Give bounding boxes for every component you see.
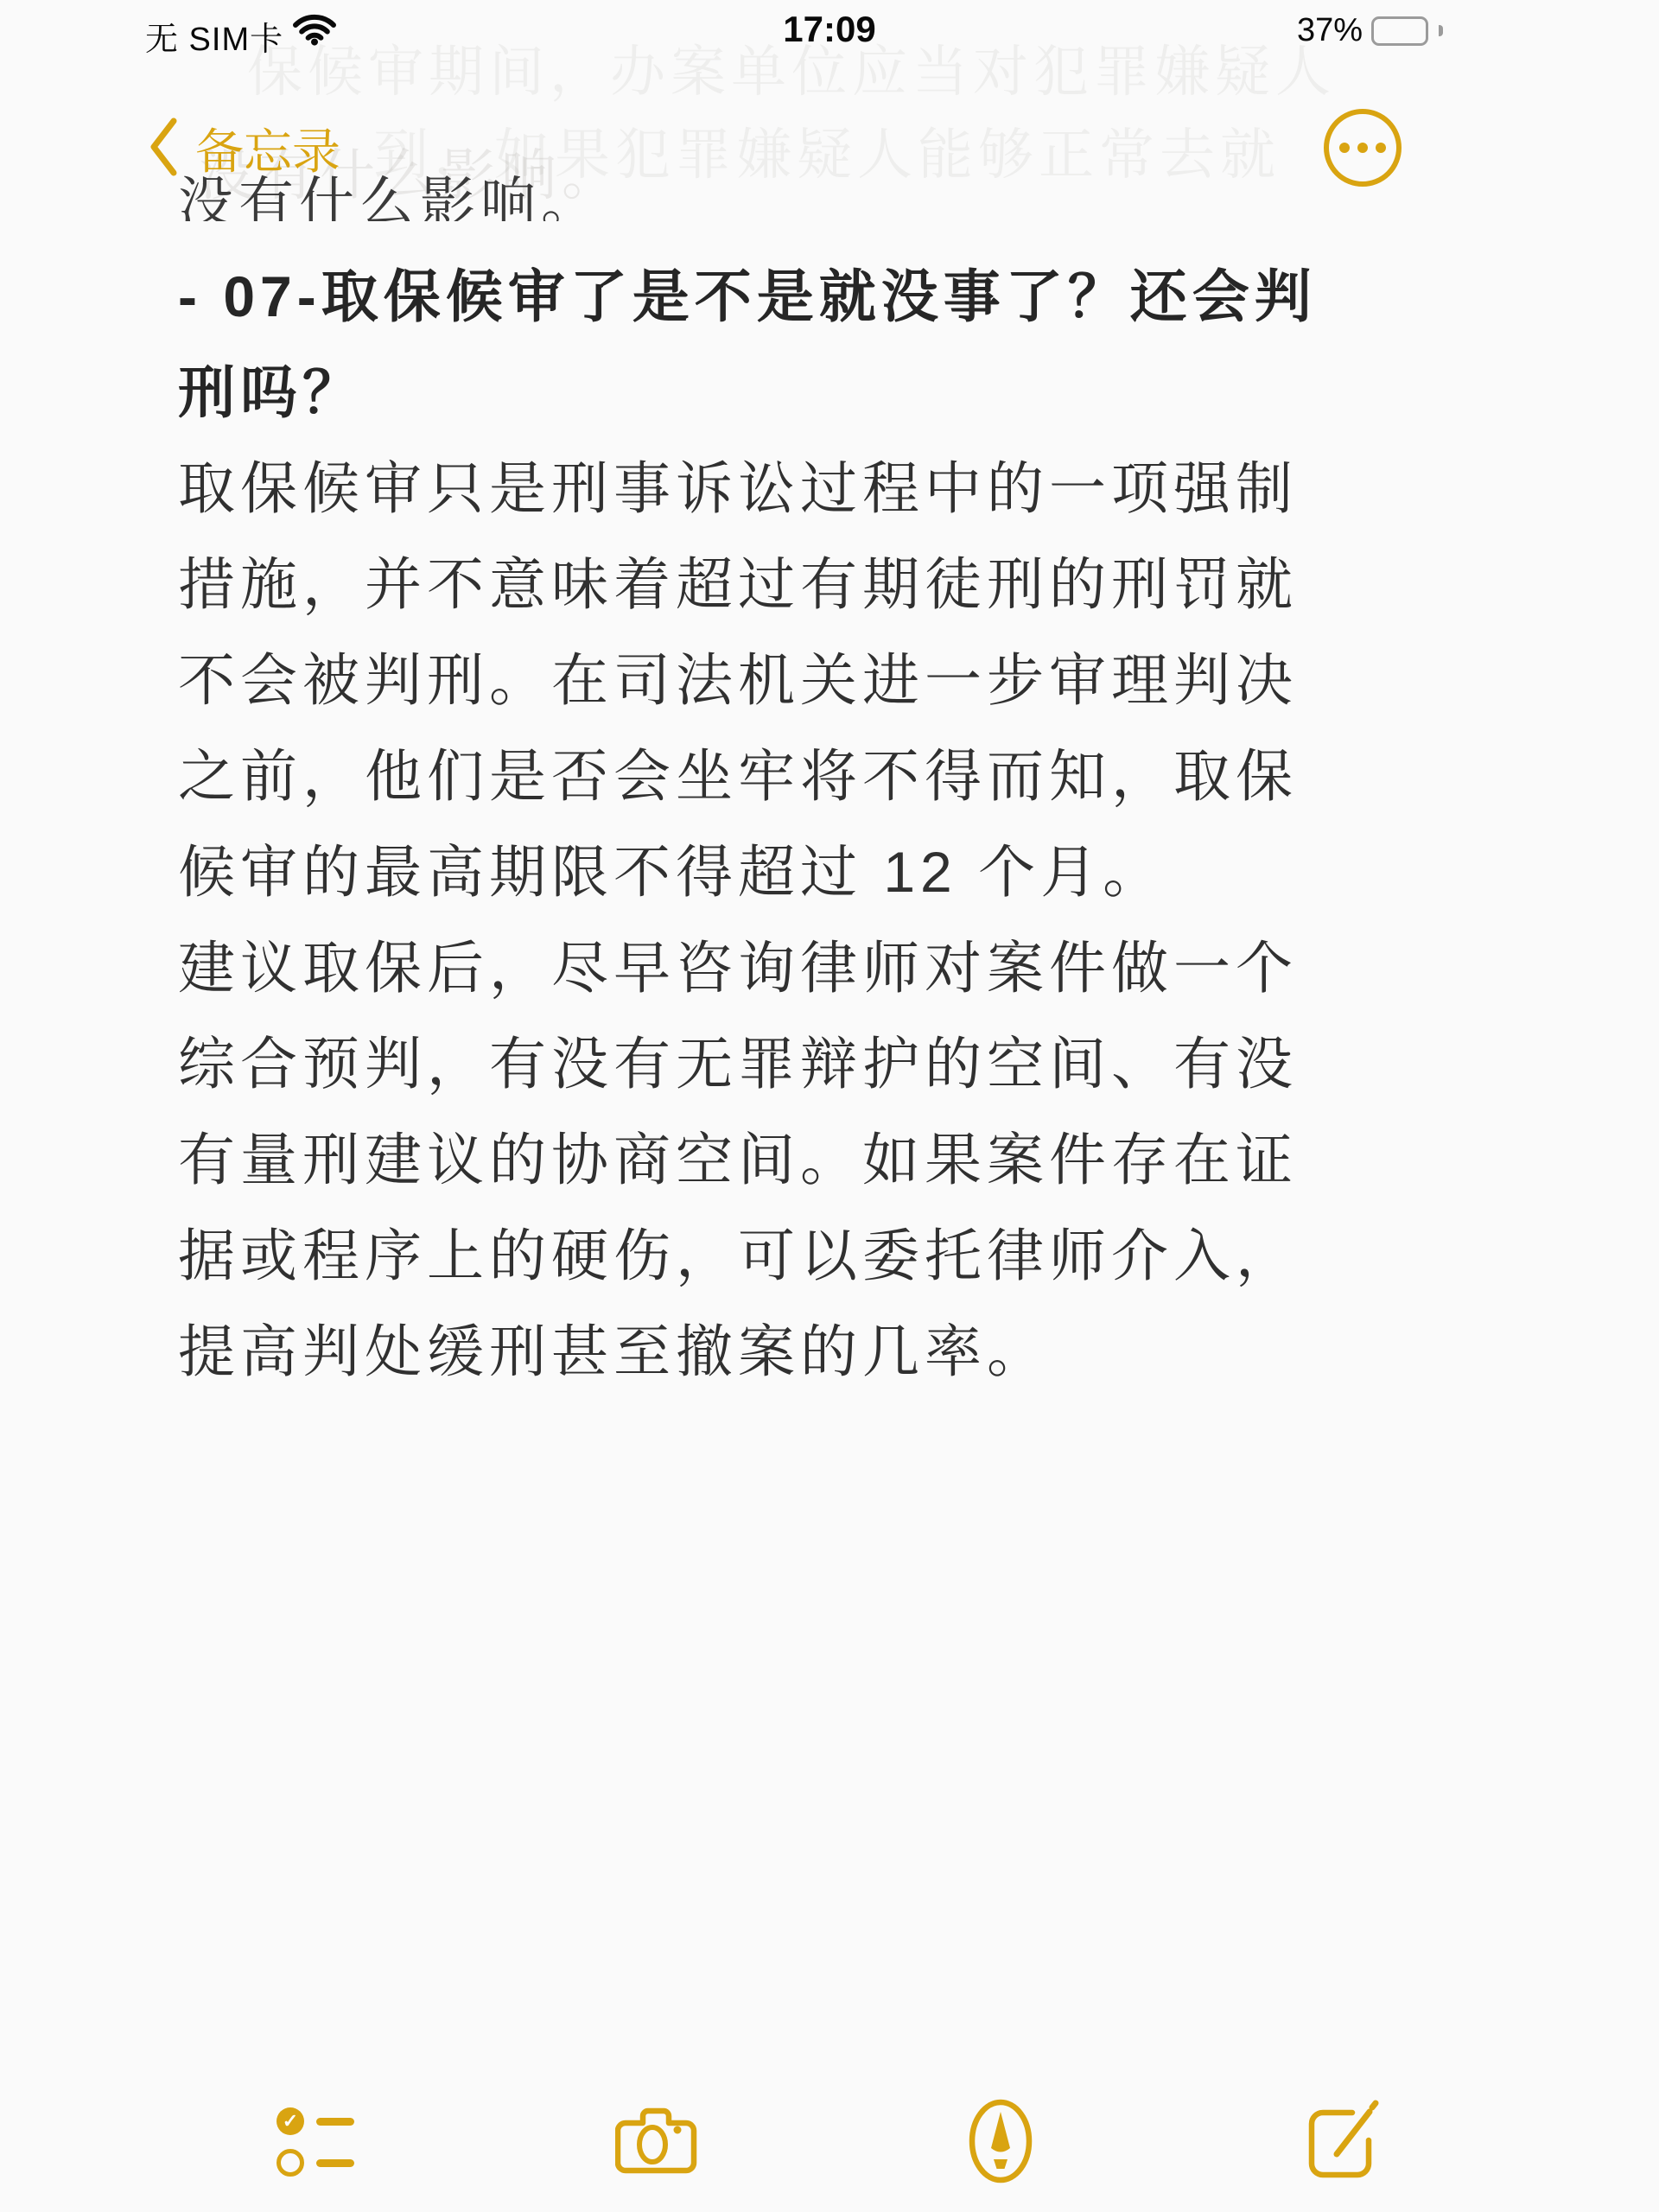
note-body-line: 不会被判刑。在司法机关进一步审理判决 xyxy=(178,632,1388,728)
back-label: 备忘录 xyxy=(195,114,340,183)
ellipsis-icon xyxy=(1339,143,1350,153)
nav-bar: 备忘录 xyxy=(0,109,1659,195)
checklist-icon: ✓ xyxy=(276,2107,354,2177)
battery-icon xyxy=(1371,16,1428,46)
note-body-line: 综合预判，有没有无罪辩护的空间、有没 xyxy=(178,1016,1388,1112)
note-content[interactable]: - 07-取保候审了是不是就没事了？还会判 刑吗？ 取保候审只是刑事诉讼过程中的… xyxy=(178,249,1388,1400)
battery-percent: 37% xyxy=(1297,12,1363,49)
wifi-icon xyxy=(292,12,337,51)
note-body-line: 建议取保后，尽早咨询律师对案件做一个 xyxy=(178,920,1388,1016)
checklist-button[interactable]: ✓ xyxy=(268,2094,363,2190)
note-body-line: 措施，并不意味着超过有期徒刑的刑罚就 xyxy=(178,537,1388,632)
status-bar: 无 SIM卡 17:09 37% xyxy=(0,7,1659,52)
note-heading-line: 刑吗？ xyxy=(178,345,1388,441)
back-button[interactable]: 备忘录 xyxy=(147,114,340,183)
note-body-line: 之前，他们是否会坐牢将不得而知，取保 xyxy=(178,728,1388,824)
markup-button[interactable] xyxy=(953,2094,1048,2190)
clock: 17:09 xyxy=(783,9,875,50)
note-heading-line: - 07-取保候审了是不是就没事了？还会判 xyxy=(178,249,1388,345)
note-body-line: 提高判处缓刑甚至撤案的几率。 xyxy=(178,1304,1388,1400)
compose-button[interactable] xyxy=(1296,2094,1391,2190)
camera-icon xyxy=(615,2105,702,2180)
more-button[interactable] xyxy=(1324,109,1402,187)
camera-button[interactable] xyxy=(611,2094,706,2190)
back-chevron-icon xyxy=(147,117,180,181)
note-body-line: 取保候审只是刑事诉讼过程中的一项强制 xyxy=(178,441,1388,537)
note-body-line: 有量刑建议的协商空间。如果案件存在证 xyxy=(178,1112,1388,1208)
bottom-toolbar: ✓ xyxy=(268,2094,1391,2190)
compose-icon xyxy=(1302,2099,1385,2186)
markup-icon xyxy=(968,2098,1033,2187)
note-body-line: 据或程序上的硬伤，可以委托律师介入， xyxy=(178,1208,1388,1304)
note-body-line: 候审的最高期限不得超过 12 个月。 xyxy=(178,824,1388,920)
carrier-label: 无 SIM卡 xyxy=(145,12,283,60)
battery-indicator: 37% xyxy=(1297,12,1443,49)
